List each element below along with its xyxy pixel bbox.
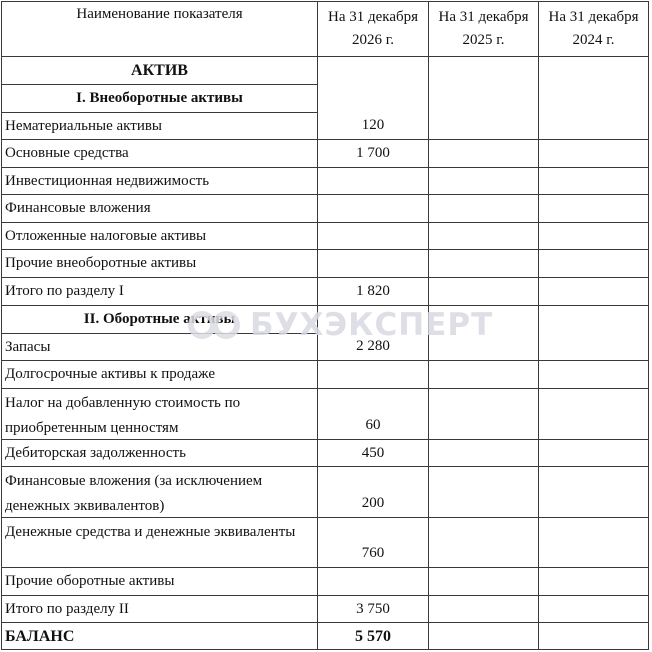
value-2026-cash: 760 <box>317 517 429 568</box>
row-label-receivables: Дебиторская задолженность <box>1 439 318 467</box>
header-col-2025: На 31 декабря 2025 г. <box>428 1 539 57</box>
value-2025-other-current-assets <box>428 567 539 596</box>
value-2026-total-section-2: 3 750 <box>317 595 429 623</box>
value-2024-short-term-investments <box>538 466 649 518</box>
value-2024-receivables <box>538 439 649 467</box>
header-col-2024: На 31 декабря 2024 г. <box>538 1 649 57</box>
value-2024-other-current-assets <box>538 567 649 596</box>
row-label-deferred-tax-assets: Отложенные налоговые активы <box>1 222 318 250</box>
row-label-inventories: Запасы <box>1 333 318 361</box>
row-label-other-noncurrent-assets: Прочие внеоборотные активы <box>1 249 318 278</box>
value-2026-total-section-1: 1 820 <box>317 277 429 306</box>
section-2-heading: II. Оборотные активы <box>1 305 318 334</box>
value-2024-cash <box>538 517 649 568</box>
value-2024-total-section-2 <box>538 595 649 623</box>
value-2024-intangible-assets <box>538 56 649 140</box>
header-col-2024-line2: 2024 г. <box>573 29 615 52</box>
value-2025-assets-for-sale <box>428 360 539 389</box>
value-2026-investment-property <box>317 167 429 195</box>
header-indicator-name: Наименование показателя <box>1 1 318 57</box>
row-label-vat: Налог на добавленную стоимость по приобр… <box>1 388 318 440</box>
header-col-2026-line1: На 31 декабря <box>328 6 418 29</box>
value-2026-short-term-investments: 200 <box>317 466 429 518</box>
value-2025-financial-investments <box>428 194 539 223</box>
row-label-assets-for-sale: Долгосрочные активы к продаже <box>1 360 318 389</box>
row-label-cash: Денежные средства и денежные эквиваленты <box>1 517 318 568</box>
value-2025-balance <box>428 622 539 650</box>
value-2026-assets-for-sale <box>317 360 429 389</box>
row-label-total-section-1: Итого по разделу I <box>1 277 318 306</box>
value-2025-short-term-investments <box>428 466 539 518</box>
row-label-fixed-assets: Основные средства <box>1 139 318 168</box>
value-2024-assets-for-sale <box>538 360 649 389</box>
value-2024-investment-property <box>538 167 649 195</box>
value-2024-vat <box>538 388 649 440</box>
value-2026-fixed-assets: 1 700 <box>317 139 429 168</box>
value-2026-financial-investments <box>317 194 429 223</box>
header-col-2024-line1: На 31 декабря <box>548 6 638 29</box>
value-2025-intangible-assets <box>428 56 539 140</box>
header-col-2025-line2: 2025 г. <box>463 29 505 52</box>
value-2024-fixed-assets <box>538 139 649 168</box>
value-2025-other-noncurrent-assets <box>428 249 539 278</box>
value-2025-investment-property <box>428 167 539 195</box>
value-2025-cash <box>428 517 539 568</box>
value-2024-inventories <box>538 305 649 361</box>
value-2026-intangible-assets: 120 <box>317 56 429 140</box>
header-col-2025-line1: На 31 декабря <box>438 6 528 29</box>
value-2025-fixed-assets <box>428 139 539 168</box>
value-2024-other-noncurrent-assets <box>538 249 649 278</box>
value-2026-inventories: 2 280 <box>317 305 429 361</box>
value-2024-balance <box>538 622 649 650</box>
row-label-investment-property: Инвестиционная недвижимость <box>1 167 318 195</box>
value-2026-other-current-assets <box>317 567 429 596</box>
value-2026-receivables: 450 <box>317 439 429 467</box>
section-asset-heading: АКТИВ <box>1 56 318 85</box>
value-2025-inventories <box>428 305 539 361</box>
row-label-short-term-investments: Финансовые вложения (за исключением дене… <box>1 466 318 518</box>
value-2024-financial-investments <box>538 194 649 223</box>
row-label-financial-investments: Финансовые вложения <box>1 194 318 223</box>
value-2024-deferred-tax-assets <box>538 222 649 250</box>
row-label-total-section-2: Итого по разделу II <box>1 595 318 623</box>
value-2025-total-section-1 <box>428 277 539 306</box>
value-2025-vat <box>428 388 539 440</box>
value-2025-total-section-2 <box>428 595 539 623</box>
row-label-balance: БАЛАНС <box>1 622 318 650</box>
value-2026-vat: 60 <box>317 388 429 440</box>
value-2026-deferred-tax-assets <box>317 222 429 250</box>
row-label-other-current-assets: Прочие оборотные активы <box>1 567 318 596</box>
header-col-2026-line2: 2026 г. <box>352 29 394 52</box>
value-2024-total-section-1 <box>538 277 649 306</box>
value-2025-receivables <box>428 439 539 467</box>
header-col-2026: На 31 декабря 2026 г. <box>317 1 429 57</box>
value-2025-deferred-tax-assets <box>428 222 539 250</box>
row-label-intangible-assets: Нематериальные активы <box>1 112 318 140</box>
balance-sheet-asset-table: Наименование показателя На 31 декабря 20… <box>0 0 652 652</box>
section-1-heading: I. Внеоборотные активы <box>1 84 318 113</box>
value-2026-balance: 5 570 <box>317 622 429 650</box>
value-2026-other-noncurrent-assets <box>317 249 429 278</box>
